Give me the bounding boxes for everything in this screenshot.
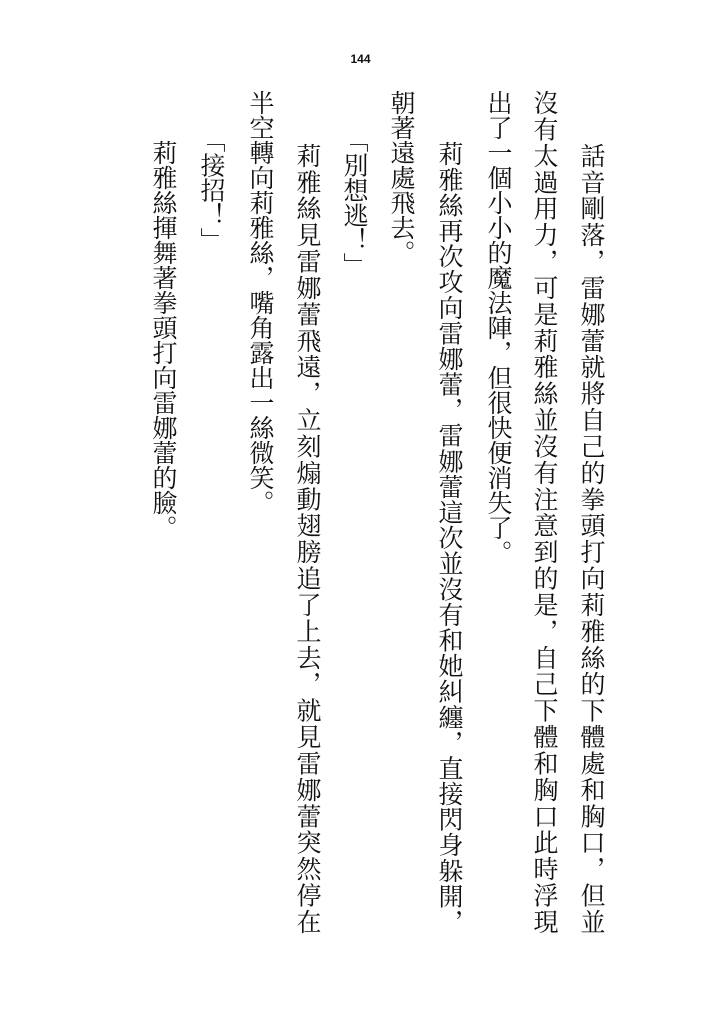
text-column-7: 莉雅絲見雷娜蕾飛遠，立刻煽動翅膀追了上去，就見雷娜蕾突然停在 xyxy=(289,90,325,934)
text-column-9: 「接招！」 xyxy=(193,90,229,934)
text-column-5: 朝著遠處飛去。 xyxy=(383,90,419,934)
text-column-3: 出了一個小小的魔法陣，但很快便消失了。 xyxy=(480,90,516,934)
text-column-6: 「別想逃！」 xyxy=(336,90,372,934)
text-column-4: 莉雅絲再次攻向雷娜蕾，雷娜蕾這次並沒有和她糾纏，直接閃身躲開， xyxy=(431,90,467,934)
text-column-1: 話音剛落，雷娜蕾就將自己的拳頭打向莉雅絲的下體處和胸口，但並 xyxy=(573,90,609,934)
text-column-10: 莉雅絲揮舞著拳頭打向雷娜蕾的臉。 xyxy=(145,90,181,934)
text-column-8: 半空轉向莉雅絲，嘴角露出一絲微笑。 xyxy=(242,90,278,934)
text-column-2: 沒有太過用力，可是莉雅絲並沒有注意到的是，自己下體和胸口此時浮現 xyxy=(526,90,562,934)
page-number: 144 xyxy=(0,52,721,66)
